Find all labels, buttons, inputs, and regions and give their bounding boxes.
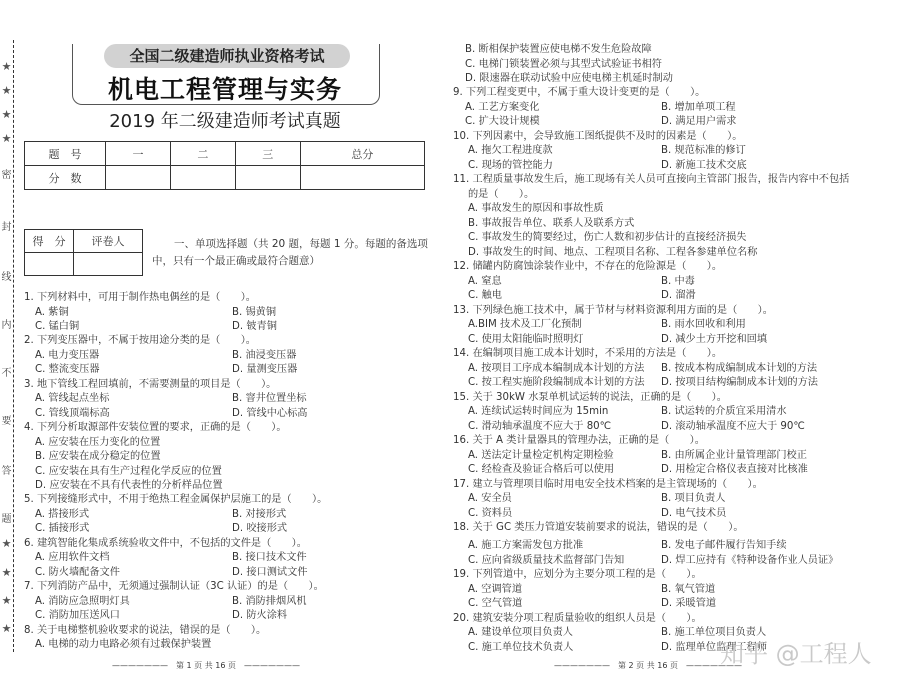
option: C. 电梯门锁装置必须与其型式试验证书相符 bbox=[465, 57, 662, 72]
question-stem: 17. 建立与管理项目临时用电安全技术档案的是主管现场的（ ）。 bbox=[453, 477, 763, 492]
option: C. 现场的管控能力 bbox=[468, 158, 553, 173]
grader-cell bbox=[74, 253, 143, 276]
option: D. 溜滑 bbox=[661, 288, 696, 303]
option: D. 新施工技术交底 bbox=[661, 158, 747, 173]
option: B. 窨井位置坐标 bbox=[232, 391, 307, 406]
question-stem: 5. 下列接缝形式中，不用于绝热工程金属保护层施工的是（ ）。 bbox=[24, 492, 327, 507]
option: B. 按成本构成编制成本计划的方法 bbox=[661, 361, 817, 376]
option: A. 送法定计量检定机构定期检验 bbox=[468, 448, 614, 463]
option: C. 使用太阳能临时照明灯 bbox=[468, 332, 583, 347]
question-stem: 2. 下列变压器中，不属于按用途分类的是（ ）。 bbox=[24, 333, 256, 348]
question-stem: 12. 储罐内防腐蚀涂装作业中，不存在的危险源是（ ）。 bbox=[453, 259, 722, 274]
dashed-seal-line bbox=[13, 40, 14, 652]
subject-title: 机电工程管理与实务 bbox=[72, 70, 378, 106]
question-stem: 6. 建筑智能化集成系统验收文件中，不包括的文件是（ ）。 bbox=[24, 536, 307, 551]
option: B. 氧气管道 bbox=[661, 582, 715, 597]
seal-char: 线 bbox=[1, 268, 12, 283]
question-stem: 19. 下列管道中，应划分为主要分项工程的是（ ）。 bbox=[453, 567, 702, 582]
option: B. 应安装在成分稳定的位置 bbox=[35, 449, 161, 464]
question-stem: 14. 在编制项目施工成本计划时，不采用的方法是（ ）。 bbox=[453, 346, 722, 361]
option: A. 电梯的动力电路必须有过载保护装置 bbox=[35, 637, 211, 652]
option: D. 防火涂料 bbox=[232, 608, 287, 623]
question-stem: 8. 关于电梯整机验收要求的说法，错误的是（ ）。 bbox=[24, 623, 266, 638]
question-stem: 15. 关于 30kW 水泵单机试运转的说法，正确的是（ ）。 bbox=[453, 390, 727, 405]
option: D. 按项目结构编制成本计划的方法 bbox=[661, 375, 818, 390]
option: A. 紫铜 bbox=[35, 305, 69, 320]
option: C. 事故发生的简要经过，伤亡人数和初步估计的直接经济损失 bbox=[468, 230, 746, 245]
option: B. 试运转的介质宜采用清水 bbox=[661, 404, 787, 419]
score-table: 题 号 一 二 三 总分 分 数 bbox=[24, 141, 425, 190]
star-icon: ★ bbox=[1, 537, 12, 550]
option: C. 按工程实施阶段编制成本计划的方法 bbox=[468, 375, 645, 390]
option: C. 防火墙配备文件 bbox=[35, 565, 120, 580]
exam-page-1: ★ ★ ★ ★ 密 封 线 内 不 要 答 题 ★ ★ ★ ★ 全国二级建造师执… bbox=[0, 0, 450, 691]
option: B. 对接形式 bbox=[232, 507, 286, 522]
option: B. 项目负责人 bbox=[661, 491, 725, 506]
option: D. 减少土方开挖和回填 bbox=[661, 332, 767, 347]
option: B. 锡黄铜 bbox=[232, 305, 276, 320]
question-stem: 3. 地下管线工程回填前，不需要测量的项目是（ ）。 bbox=[24, 377, 276, 392]
seal-char: 密 bbox=[1, 166, 12, 181]
question-stem: 10. 下列因素中，会导致施工图纸提供不及时的因素是（ ）。 bbox=[453, 129, 742, 144]
option: D. 用检定合格仪表直接对比核准 bbox=[661, 462, 808, 477]
score-header: 三 bbox=[235, 142, 300, 166]
option: D. 接口测试文件 bbox=[232, 565, 307, 580]
option: A. 事故发生的原因和事故性质 bbox=[468, 201, 604, 216]
question-stem: 16. 关于 A 类计量器具的管理办法，正确的是（ ）。 bbox=[453, 433, 705, 448]
option: C. 整流变压器 bbox=[35, 362, 100, 377]
option: B. 断相保护装置应使电梯不发生危险故障 bbox=[465, 42, 652, 57]
option: D. 采暖管道 bbox=[661, 596, 716, 611]
option: D. 量测变压器 bbox=[232, 362, 297, 377]
star-icon: ★ bbox=[1, 622, 12, 635]
option: A. 工艺方案变化 bbox=[465, 100, 539, 115]
option: A. 空调管道 bbox=[468, 582, 522, 597]
grader-header: 得 分 bbox=[25, 230, 74, 253]
option: A. 消防应急照明灯具 bbox=[35, 594, 130, 609]
seal-char: 封 bbox=[1, 218, 12, 233]
option: C. 施工单位技术负责人 bbox=[468, 640, 573, 655]
option: B. 事故报告单位、联系人及联系方式 bbox=[468, 216, 634, 231]
option: B. 雨水回收和利用 bbox=[661, 317, 746, 332]
option: C. 应向省级质量技术监督部门告知 bbox=[468, 553, 624, 568]
score-header: 题 号 bbox=[25, 142, 106, 166]
option: C. 锰白铜 bbox=[35, 319, 79, 334]
option: A. 窒息 bbox=[468, 274, 502, 289]
star-icon: ★ bbox=[1, 108, 12, 121]
score-header: 总分 bbox=[300, 142, 424, 166]
option: C. 触电 bbox=[468, 288, 502, 303]
star-icon: ★ bbox=[1, 84, 12, 97]
page-footer: ——————— 第 1 页 共 16 页 ——————— bbox=[112, 660, 300, 671]
score-row-label: 分 数 bbox=[25, 166, 106, 190]
option: C. 资料员 bbox=[468, 506, 512, 521]
option: C. 经检查及验证合格后可以使用 bbox=[468, 462, 614, 477]
option: B. 发电子邮件履行告知手续 bbox=[661, 538, 787, 553]
option: A. 拖欠工程进度款 bbox=[468, 143, 553, 158]
option: D. 铍青铜 bbox=[232, 319, 277, 334]
seal-char: 答 bbox=[1, 462, 12, 477]
seal-char: 内 bbox=[1, 316, 12, 331]
star-icon: ★ bbox=[1, 594, 12, 607]
grader-header: 评卷人 bbox=[74, 230, 143, 253]
option: D. 管线中心标高 bbox=[232, 406, 307, 421]
option: A. 安全员 bbox=[468, 491, 512, 506]
option: B. 接口技术文件 bbox=[232, 550, 307, 565]
option: A. 施工方案需发包方批准 bbox=[468, 538, 583, 553]
option: C. 插接形式 bbox=[35, 521, 89, 536]
option: C. 应安装在具有生产过程化学反应的位置 bbox=[35, 464, 222, 479]
option: D. 咬接形式 bbox=[232, 521, 287, 536]
page-footer: ——————— 第 2 页 共 16 页 ——————— bbox=[554, 660, 742, 671]
option: A.BIM 技术及工厂化预制 bbox=[468, 317, 582, 332]
grader-table: 得 分 评卷人 bbox=[24, 229, 143, 276]
seal-char: 不 bbox=[1, 364, 12, 379]
option: C. 空气管道 bbox=[468, 596, 522, 611]
score-header: 二 bbox=[170, 142, 235, 166]
option: A. 连续试运转时间应为 15min bbox=[468, 404, 608, 419]
option: B. 油浸变压器 bbox=[232, 348, 296, 363]
option: C. 扩大设计规模 bbox=[465, 114, 540, 129]
option: A. 电力变压器 bbox=[35, 348, 99, 363]
score-cell bbox=[170, 166, 235, 190]
option: A. 建设单位项目负责人 bbox=[468, 625, 573, 640]
option: B. 中毒 bbox=[661, 274, 695, 289]
score-header: 一 bbox=[106, 142, 171, 166]
option: B. 由所属企业计量管理部门校正 bbox=[661, 448, 807, 463]
section-intro: 一、单项选择题（共 20 题，每题 1 分。每题的备选项中，只有一个最正确或最符… bbox=[152, 236, 434, 270]
option: A. 应用软件文档 bbox=[35, 550, 109, 565]
question-stem: 11. 工程质量事故发生后，施工现场有关人员可直接向主管部门报告，报告内容中不包… bbox=[453, 172, 849, 187]
option: A. 管线起点坐标 bbox=[35, 391, 109, 406]
seal-char: 要 bbox=[1, 412, 12, 427]
star-icon: ★ bbox=[1, 566, 12, 579]
option: B. 规范标准的修订 bbox=[661, 143, 746, 158]
exam-name: 全国二级建造师执业资格考试 bbox=[104, 44, 350, 68]
option: A. 搭接形式 bbox=[35, 507, 89, 522]
question-stem: 18. 关于 GC 类压力管道安装前要求的说法，错误的是（ ）。 bbox=[453, 520, 744, 535]
score-cell bbox=[300, 166, 424, 190]
seal-line-gutter: ★ ★ ★ ★ 密 封 线 内 不 要 答 题 ★ ★ ★ ★ bbox=[0, 0, 14, 691]
option: D. 限速器在联动试验中应使电梯主机延时制动 bbox=[465, 71, 673, 86]
question-stem: 7. 下列消防产品中，无须通过强制认证（3C 认证）的是（ ）。 bbox=[24, 579, 324, 594]
star-icon: ★ bbox=[1, 60, 12, 73]
question-stem: 20. 建筑安装分项工程质量验收的组织人员是（ ）。 bbox=[453, 611, 702, 626]
score-cell bbox=[235, 166, 300, 190]
question-stem: 9. 下列工程变更中，不属于重大设计变更的是（ ）。 bbox=[453, 85, 705, 100]
exam-subtitle: 2019 年二级建造师考试真题 bbox=[72, 107, 378, 133]
option: A. 应安装在压力变化的位置 bbox=[35, 435, 160, 450]
exam-page-2: B. 断相保护装置应使电梯不发生危险故障 C. 电梯门锁装置必须与其型式试验证书… bbox=[450, 0, 909, 691]
question-stem: 13. 下列绿色施工技术中，属于节材与材料资源利用方面的是（ ）。 bbox=[453, 303, 773, 318]
option: C. 消防加压送风口 bbox=[35, 608, 120, 623]
option: D. 电气技术员 bbox=[661, 506, 726, 521]
seal-char: 题 bbox=[1, 510, 12, 525]
option: C. 管线顶端标高 bbox=[35, 406, 110, 421]
option: D. 滚动轴承温度不应大于 90℃ bbox=[661, 419, 805, 434]
option: A. 按项目工序成本编制成本计划的方法 bbox=[468, 361, 644, 376]
option: C. 滑动轴承温度不应大于 80℃ bbox=[468, 419, 611, 434]
question-stem: 4. 下列分析取源部件安装位置的要求，正确的是（ ）。 bbox=[24, 420, 287, 435]
star-icon: ★ bbox=[1, 132, 12, 145]
option: B. 消防排烟风机 bbox=[232, 594, 307, 609]
option: B. 增加单项工程 bbox=[661, 100, 736, 115]
score-cell bbox=[106, 166, 171, 190]
option: D. 事故发生的时间、地点、工程项目名称、工程各参建单位名称 bbox=[468, 245, 757, 260]
option: D. 应安装在不具有代表性的分析样品位置 bbox=[35, 478, 223, 493]
watermark: 知乎 @工程人 bbox=[720, 634, 872, 669]
option: D. 满足用户需求 bbox=[661, 114, 736, 129]
question-stem-continued: 的是（ ）。 bbox=[468, 187, 534, 202]
question-stem: 1. 下列材料中，可用于制作热电偶丝的是（ ）。 bbox=[24, 290, 256, 305]
option: D. 焊工应持有《特种设备作业人员证》 bbox=[661, 553, 838, 568]
grader-cell bbox=[25, 253, 74, 276]
